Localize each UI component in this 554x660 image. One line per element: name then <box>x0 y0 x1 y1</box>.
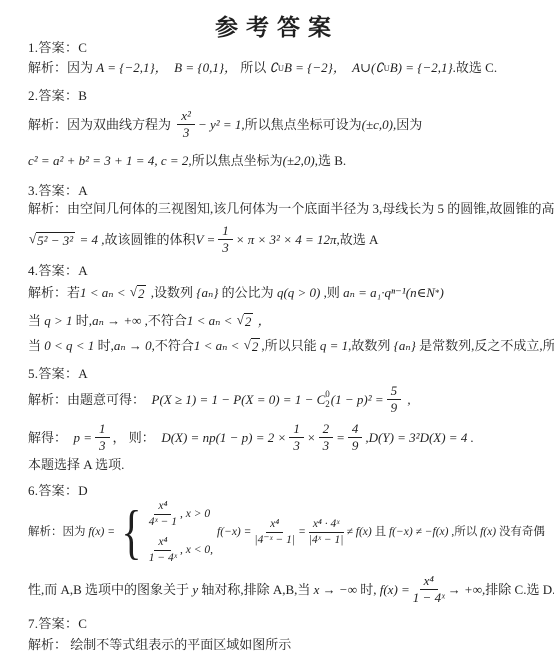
subscript: 2 <box>325 400 330 409</box>
question-3-solution-line-2: √5² − 3² = 4 ,故该圆锥的体积V =13× π × 3² × 4 =… <box>28 224 550 256</box>
solution-text: 所以 <box>237 60 270 76</box>
radicand: 2 <box>244 313 254 330</box>
solution-text: 故该圆锥的体积 <box>105 232 196 248</box>
math-expression: c² = a² + b² = 3 + 1 = 4, c = 2, <box>28 153 192 169</box>
question-6-answer: 6.答案：D <box>28 483 550 499</box>
solution-text: 时, <box>98 338 114 354</box>
fraction-numerator: x⁴ <box>266 518 283 533</box>
fraction-numerator: x⁴ <box>154 500 171 515</box>
question-4-solution-line-1: 解析：若1 < aₙ < √2 ,设数列 {aₙ} 的公比为 q(q > 0) … <box>28 285 550 302</box>
math-expression: B) = {−2,1} <box>390 60 453 76</box>
question-5-solution-line-3: 本题选择 A 选项. <box>28 457 550 473</box>
piecewise-function: {x⁴4ˣ − 1, x > 0x⁴1 − 4ˣ, x < 0, <box>117 500 213 565</box>
fraction-denominator: |4⁻ˣ − 1| <box>254 533 295 547</box>
solution-text: 因为 <box>396 117 422 133</box>
curly-brace: { <box>121 508 141 556</box>
question-4-solution-line-3: 当 0 < q < 1 时,aₙ → 0,不符合1 < aₙ < √2,所以只能… <box>28 338 550 355</box>
question-4-solution-line-2: 当 q > 1 时,aₙ → +∞ ,不符合1 < aₙ < √2 ， <box>28 313 550 330</box>
fraction-denominator: |4ˣ − 1| <box>309 533 344 547</box>
radicand: 2 <box>251 338 261 355</box>
math-expression: f(x) = <box>88 525 115 539</box>
page-title: 参考答案 <box>0 9 554 42</box>
fraction-numerator: 5 <box>387 384 402 400</box>
math-expression: = <box>298 525 306 539</box>
math-expression: f(−x) ≠ −f(x) <box>389 525 449 539</box>
fraction: 23 <box>319 422 334 454</box>
condition: , x > 0 <box>180 507 210 521</box>
math-expression: f(x) <box>480 525 496 539</box>
piecewise-row: x⁴1 − 4ˣ, x < 0, <box>146 536 213 564</box>
solution-text: 所以焦点坐标可设为 <box>245 117 362 133</box>
math-expression: ≠ f(x) <box>347 525 372 539</box>
solution-text: 的公比为 <box>218 285 277 301</box>
solution-text: 不符合 <box>155 338 194 354</box>
question-5-answer: 5.答案：A <box>28 366 550 382</box>
solution-text: 轴对称,排除 A,B,当 <box>198 582 310 598</box>
fraction: x⁴1 − 4ˣ <box>149 536 177 564</box>
question-2-answer: 2.答案：B <box>28 88 550 104</box>
radicand: 2 <box>137 285 147 302</box>
fraction: 49 <box>348 422 363 454</box>
math-expression: (±c,0), <box>362 117 397 133</box>
fraction-denominator: 3 <box>99 438 106 453</box>
question-7-answer: 7.答案：C <box>28 616 550 632</box>
piecewise-rows: x⁴4ˣ − 1, x > 0x⁴1 − 4ˣ, x < 0, <box>146 500 213 565</box>
math-expression: {aₙ} <box>394 338 416 354</box>
math-expression: ,D(Y) = 3²D(X) = 4 . <box>365 430 473 446</box>
math-expression: f(−x) = <box>217 525 251 539</box>
math-expression: = <box>336 430 345 446</box>
piecewise-row: x⁴4ˣ − 1, x > 0 <box>146 500 213 528</box>
solution-text: ,设数列 <box>147 285 196 301</box>
solution-text: 解得： <box>28 430 74 446</box>
radicand: 5² − 3² <box>36 232 75 249</box>
question-6-solution-line-2: 性,而 A,B 选项中的图象关于 y 轴对称,排除 A,B,当 x → −∞ 时… <box>28 574 550 606</box>
math-expression: × <box>307 430 316 446</box>
radical-sign: √ <box>130 285 137 299</box>
math-expression: aₙ → +∞ , <box>92 313 148 329</box>
math-expression: 1 < aₙ < <box>80 285 129 301</box>
fraction-denominator: 3 <box>323 438 330 453</box>
solution-text: 解析：由题意可得： <box>28 392 152 408</box>
radical-sign: √ <box>237 313 244 327</box>
math-expression: − y² = 1, <box>198 117 245 133</box>
solution-text: 时, <box>360 582 380 598</box>
fraction-denominator: 3 <box>293 438 300 453</box>
math-expression: aₙ → 0, <box>114 338 155 354</box>
square-root: √2 <box>237 313 254 330</box>
fraction-numerator: x⁴ <box>154 536 171 551</box>
question-5-solution-line-2: 解得： p =13， 则： D(X) = np(1 − p) = 2 ×13×2… <box>28 422 550 454</box>
fraction-numerator: 4 <box>348 422 363 438</box>
math-expression: {aₙ} <box>196 285 218 301</box>
square-root: √5² − 3² <box>29 232 75 249</box>
fraction-denominator: 3 <box>222 240 229 255</box>
sub-superscript-stack: 02 <box>325 390 330 409</box>
solution-text: 时, <box>76 313 92 329</box>
math-expression: aₙ = a₁·qⁿ⁻¹(n∈N <box>343 285 435 301</box>
solution-text: 故选 A <box>340 232 379 248</box>
solution-text: 排除 C.选 D. <box>485 582 554 598</box>
solution-text: 解析：因为 <box>28 60 96 76</box>
math-expression: , <box>404 392 411 408</box>
fraction-denominator: 1 − 4ˣ <box>149 551 177 565</box>
math-expression: = 4 , <box>76 232 104 248</box>
solution-text: ， 则： <box>113 430 162 446</box>
condition: , x < 0, <box>180 543 213 557</box>
question-4-answer: 4.答案：A <box>28 263 550 279</box>
question-3-solution-line-1: 解析：由空间几何体的三视图知,该几何体为一个底面半径为 3,母线长为 5 的圆锥… <box>28 201 550 217</box>
solution-text: ,所以 <box>448 525 480 539</box>
math-expression: → +∞, <box>448 582 486 598</box>
answer-key-document: 参考答案 1.答案：C 解析：因为 A = {−2,1}， B = {0,1}，… <box>0 0 554 660</box>
question-3-answer: 3.答案：A <box>28 183 550 199</box>
math-expression: A = {−2,1}， B = {0,1}， <box>96 60 237 76</box>
fraction-numerator: 2 <box>319 422 334 438</box>
fraction-numerator: 1 <box>218 224 233 240</box>
math-expression: 1 < aₙ < <box>187 313 236 329</box>
fraction-numerator: x⁴ · 4ˣ <box>309 518 344 533</box>
fraction-denominator: 9 <box>391 400 398 415</box>
fraction: x⁴1 − 4ˣ <box>413 574 445 606</box>
question-7-solution: 解析： 绘制不等式组表示的平面区域如图所示 <box>28 637 550 653</box>
math-expression: f(x) = <box>380 582 410 598</box>
question-6-solution-line-1: 解析：因为 f(x) ={x⁴4ˣ − 1, x > 0x⁴1 − 4ˣ, x … <box>28 500 550 565</box>
math-expression: (1 − p)² = <box>331 392 384 408</box>
math-expression: p = <box>74 430 93 446</box>
solution-text: 解析： 绘制不等式组表示的平面区域如图所示 <box>28 637 291 653</box>
fraction-numerator: x² <box>177 109 195 125</box>
math-expression: q = 1 <box>317 338 349 354</box>
solution-text: 当 <box>28 313 41 329</box>
solution-text: 本题选择 A 选项. <box>28 457 124 473</box>
math-expression: D(X) = np(1 − p) = 2 × <box>161 430 286 446</box>
question-5-solution-line-1: 解析：由题意可得： P(X ≥ 1) = 1 − P(X = 0) = 1 − … <box>28 384 550 416</box>
math-expression: ， <box>254 313 270 329</box>
solution-text: 是常数列,反之不成立,所以选 A. <box>416 338 554 354</box>
fraction: 59 <box>387 384 402 416</box>
solution-text: ,所以只能 <box>261 338 316 354</box>
solution-text: 没有奇偶 <box>496 525 545 539</box>
fraction-denominator: 1 − 4ˣ <box>413 590 445 605</box>
solution-text: 当 <box>28 338 41 354</box>
fraction-denominator: 9 <box>352 438 359 453</box>
solution-text: .故选 C. <box>453 60 497 76</box>
math-expression: (±2,0) <box>283 153 315 169</box>
solution-text: 解析：若 <box>28 285 80 301</box>
fraction-denominator: 4ˣ − 1 <box>149 515 177 529</box>
radical-sign: √ <box>29 232 36 246</box>
complement-symbol: ∁ <box>270 60 278 76</box>
fraction: x⁴4ˣ − 1 <box>149 500 177 528</box>
fraction-numerator: 1 <box>289 422 304 438</box>
math-expression: 1 < aₙ < <box>194 338 243 354</box>
question-2-solution-line-1: 解析：因为双曲线方程为 x²3− y² = 1,所以焦点坐标可设为(±c,0),… <box>28 109 550 141</box>
solution-text: 性,而 A,B 选项中的图象关于 <box>28 582 192 598</box>
solution-text: 且 <box>372 525 389 539</box>
square-root: √2 <box>244 338 261 355</box>
question-1-solution: 解析：因为 A = {−2,1}， B = {0,1}， 所以 ∁UB = {−… <box>28 60 550 76</box>
fraction: 13 <box>218 224 233 256</box>
fraction: 13 <box>289 422 304 454</box>
solution-text: ,故数列 <box>348 338 394 354</box>
math-expression: P(X ≥ 1) = 1 − P(X = 0) = 1 − C <box>152 392 326 408</box>
math-expression: q > 1 <box>41 313 76 329</box>
fraction: x⁴ · 4ˣ|4ˣ − 1| <box>309 518 344 546</box>
fraction-numerator: 1 <box>95 422 110 438</box>
fraction: x⁴|4⁻ˣ − 1| <box>254 518 295 546</box>
fraction: x²3 <box>177 109 195 141</box>
math-expression: V = <box>196 232 216 248</box>
fraction: 13 <box>95 422 110 454</box>
solution-text: 所以焦点坐标为 <box>192 153 283 169</box>
question-1-answer: 1.答案：C <box>28 40 550 56</box>
math-expression: ) <box>439 285 443 301</box>
solution-text: 解析：由空间几何体的三视图知,该几何体为一个底面半径为 3,母线长为 5 的圆锥… <box>28 201 554 217</box>
fraction-denominator: 3 <box>183 125 190 140</box>
solution-text: ,选 B. <box>315 153 346 169</box>
fraction-numerator: x⁴ <box>420 574 438 590</box>
square-root: √2 <box>130 285 147 302</box>
solution-text: 解析：因为 <box>28 525 88 539</box>
math-expression: B = {−2}， A∪(∁ <box>284 60 384 76</box>
math-expression: 0 < q < 1 <box>41 338 98 354</box>
solution-text: ,则 <box>320 285 343 301</box>
math-expression: × π × 3² × 4 = 12π, <box>236 232 340 248</box>
math-expression: q(q > 0) <box>277 285 320 301</box>
question-2-solution-line-2: c² = a² + b² = 3 + 1 = 4, c = 2,所以焦点坐标为(… <box>28 153 550 169</box>
solution-text: 解析：因为双曲线方程为 <box>28 117 174 133</box>
radical-sign: √ <box>244 338 251 352</box>
math-expression: x → −∞ <box>310 582 360 598</box>
solution-text: 不符合 <box>148 313 187 329</box>
